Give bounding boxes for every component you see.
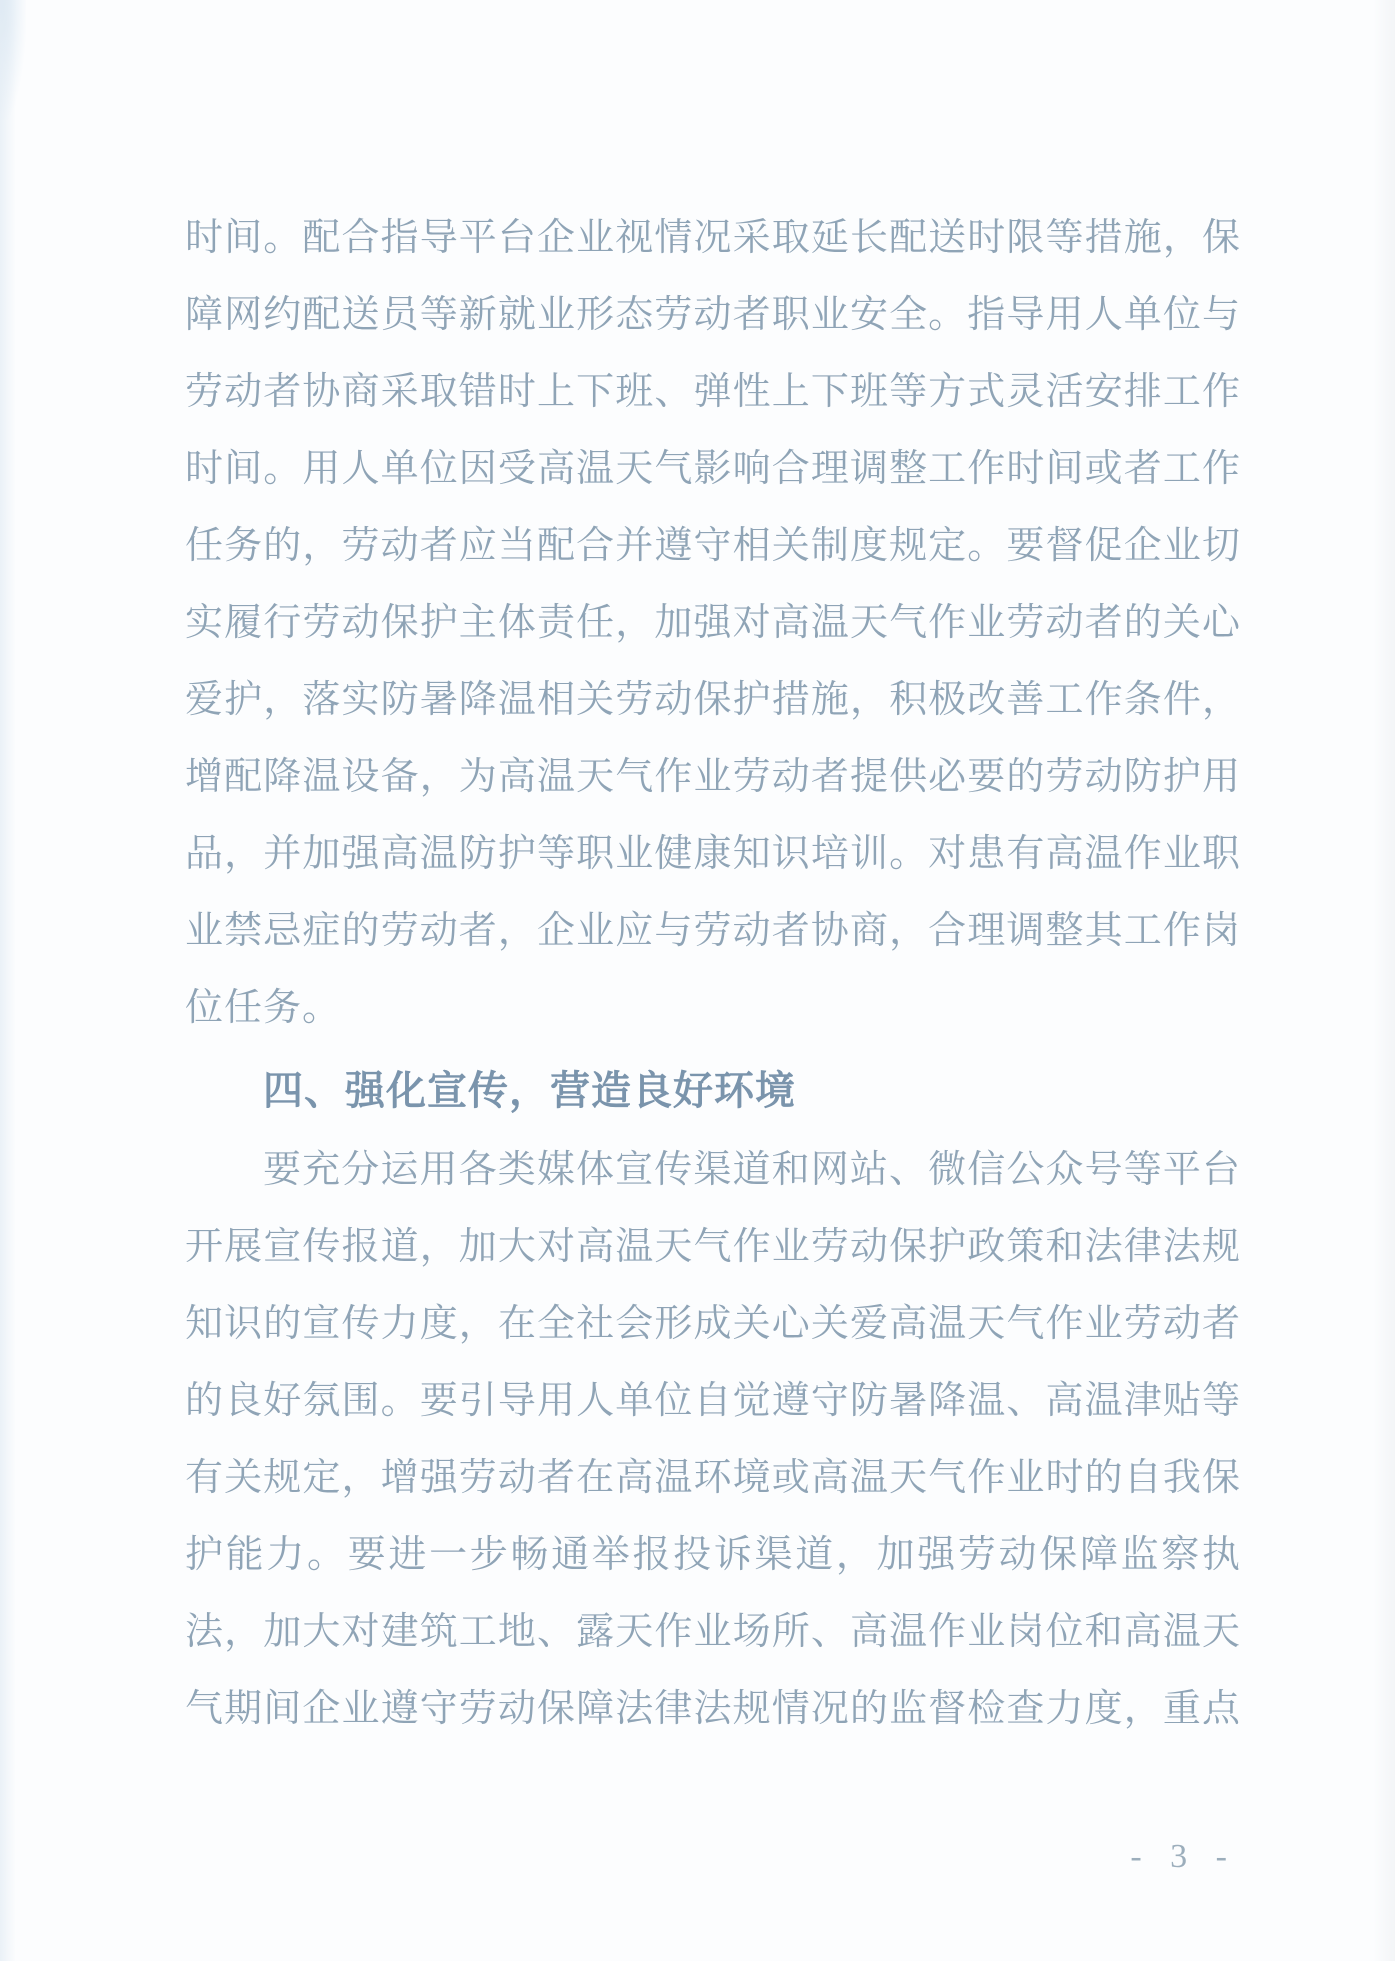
scan-right-edge-artifact [1373, 0, 1395, 1961]
text-line: 障网约配送员等新就业形态劳动者职业安全。指导用人单位与 [185, 277, 1241, 354]
text-line: 实履行劳动保护主体责任，加强对高温天气作业劳动者的关心 [185, 585, 1241, 662]
page-number: - 3 - [1130, 1838, 1237, 1876]
scan-left-edge-artifact [0, 0, 16, 1961]
text-line: 时间。配合指导平台企业视情况采取延长配送时限等措施，保 [185, 200, 1241, 277]
text-line: 爱护，落实防暑降温相关劳动保护措施，积极改善工作条件， [185, 662, 1241, 739]
text-line: 开展宣传报道，加大对高温天气作业劳动保护政策和法律法规 [185, 1209, 1241, 1286]
text-line: 位任务。 [185, 970, 1241, 1047]
document-body: 时间。配合指导平台企业视情况采取延长配送时限等措施，保障网约配送员等新就业形态劳… [185, 200, 1241, 1748]
text-line: 要充分运用各类媒体宣传渠道和网站、微信公众号等平台 [185, 1132, 1241, 1209]
text-line: 时间。用人单位因受高温天气影响合理调整工作时间或者工作 [185, 431, 1241, 508]
text-line: 业禁忌症的劳动者，企业应与劳动者协商，合理调整其工作岗 [185, 893, 1241, 970]
text-line: 增配降温设备，为高温天气作业劳动者提供必要的劳动防护用 [185, 739, 1241, 816]
section-heading: 四、强化宣传，营造良好环境 [185, 1053, 1241, 1130]
text-line: 知识的宣传力度，在全社会形成关心关爱高温天气作业劳动者 [185, 1286, 1241, 1363]
text-line: 品，并加强高温防护等职业健康知识培训。对患有高温作业职 [185, 816, 1241, 893]
document-page: 时间。配合指导平台企业视情况采取延长配送时限等措施，保障网约配送员等新就业形态劳… [0, 0, 1395, 1961]
text-line: 劳动者协商采取错时上下班、弹性上下班等方式灵活安排工作 [185, 354, 1241, 431]
text-line: 有关规定，增强劳动者在高温环境或高温天气作业时的自我保 [185, 1440, 1241, 1517]
text-line: 护能力。要进一步畅通举报投诉渠道，加强劳动保障监察执 [185, 1517, 1241, 1594]
text-line: 的良好氛围。要引导用人单位自觉遵守防暑降温、高温津贴等 [185, 1363, 1241, 1440]
text-line: 任务的，劳动者应当配合并遵守相关制度规定。要督促企业切 [185, 508, 1241, 585]
text-line: 法，加大对建筑工地、露天作业场所、高温作业岗位和高温天 [185, 1594, 1241, 1671]
text-line: 气期间企业遵守劳动保障法律法规情况的监督检查力度，重点 [185, 1671, 1241, 1748]
